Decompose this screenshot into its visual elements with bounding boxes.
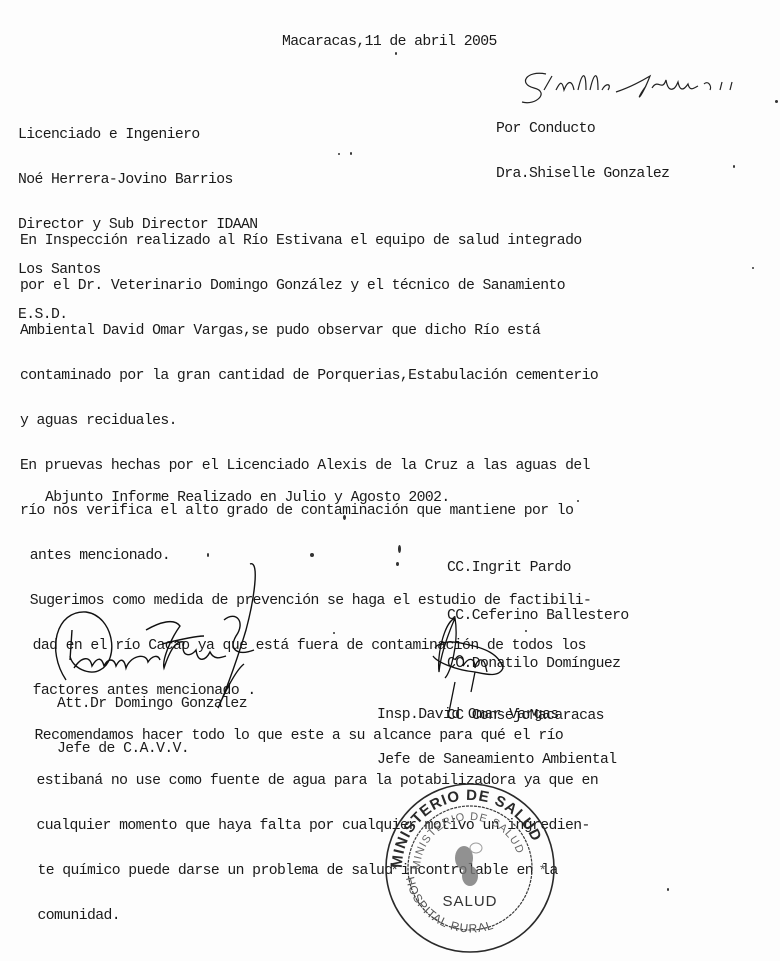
signatory-david: Insp.David Omar Vargas Jefe de Saneamien… <box>377 677 616 782</box>
via-name: Dra.Shiselle Gonzalez <box>496 166 669 181</box>
body-line: Ambiental David Omar Vargas,se pudo obse… <box>20 323 598 338</box>
scan-speck <box>395 52 397 55</box>
body-line: por el Dr. Veterinario Domingo González … <box>20 278 598 293</box>
scan-speck <box>577 500 579 502</box>
scan-speck <box>338 153 340 155</box>
signatory-title: Att.Dr Domingo Gonzalez <box>57 696 247 711</box>
scan-speck <box>667 888 669 891</box>
svg-text:*: * <box>540 861 546 877</box>
body-line: En Inspección realizado al Río Estivana … <box>20 233 598 248</box>
scan-speck <box>752 267 754 269</box>
scan-speck <box>333 632 335 634</box>
scan-speck <box>350 152 352 155</box>
scan-speck <box>310 553 314 557</box>
date-line: Macaracas,11 de abril 2005 <box>282 34 497 49</box>
stamp-center-text: SALUD <box>442 893 497 910</box>
body-line: contaminado por la gran cantidad de Porq… <box>20 368 598 383</box>
scan-speck <box>396 562 399 566</box>
body-line: y aguas reciduales. <box>20 413 598 428</box>
scan-speck <box>733 165 735 168</box>
cc-item: CC.Ingrit Pardo <box>447 559 629 575</box>
recipient-line: Noé Herrera-Jovino Barrios <box>18 172 257 187</box>
via-block: Por Conducto Dra.Shiselle Gonzalez <box>496 91 669 196</box>
scan-speck <box>398 545 401 553</box>
signatory-role: Jefe de C.A.V.V. <box>57 741 247 756</box>
signatory-title: Insp.David Omar Vargas <box>377 707 616 722</box>
scan-speck <box>775 100 778 103</box>
attachment-note: Abjunto Informe Realizado en Julio y Ago… <box>45 490 450 505</box>
via-label: Por Conducto <box>496 121 669 136</box>
scan-speck <box>207 553 209 557</box>
recipient-line: Licenciado e Ingeniero <box>18 127 257 142</box>
scan-speck <box>308 870 310 873</box>
svg-text:*: * <box>392 861 398 877</box>
signatory-role: Jefe de Saneamiento Ambiental <box>377 752 616 767</box>
stamp-emblem-icon <box>455 843 482 886</box>
official-stamp: MINISTERIO DE SALUD HOSPITAL RURAL MINIS… <box>380 778 560 958</box>
scan-speck <box>343 515 346 520</box>
signatory-domingo: Att.Dr Domingo Gonzalez Jefe de C.A.V.V. <box>57 666 247 771</box>
scan-speck <box>525 630 527 632</box>
body-line: En pruevas hechas por el Licenciado Alex… <box>20 458 598 473</box>
